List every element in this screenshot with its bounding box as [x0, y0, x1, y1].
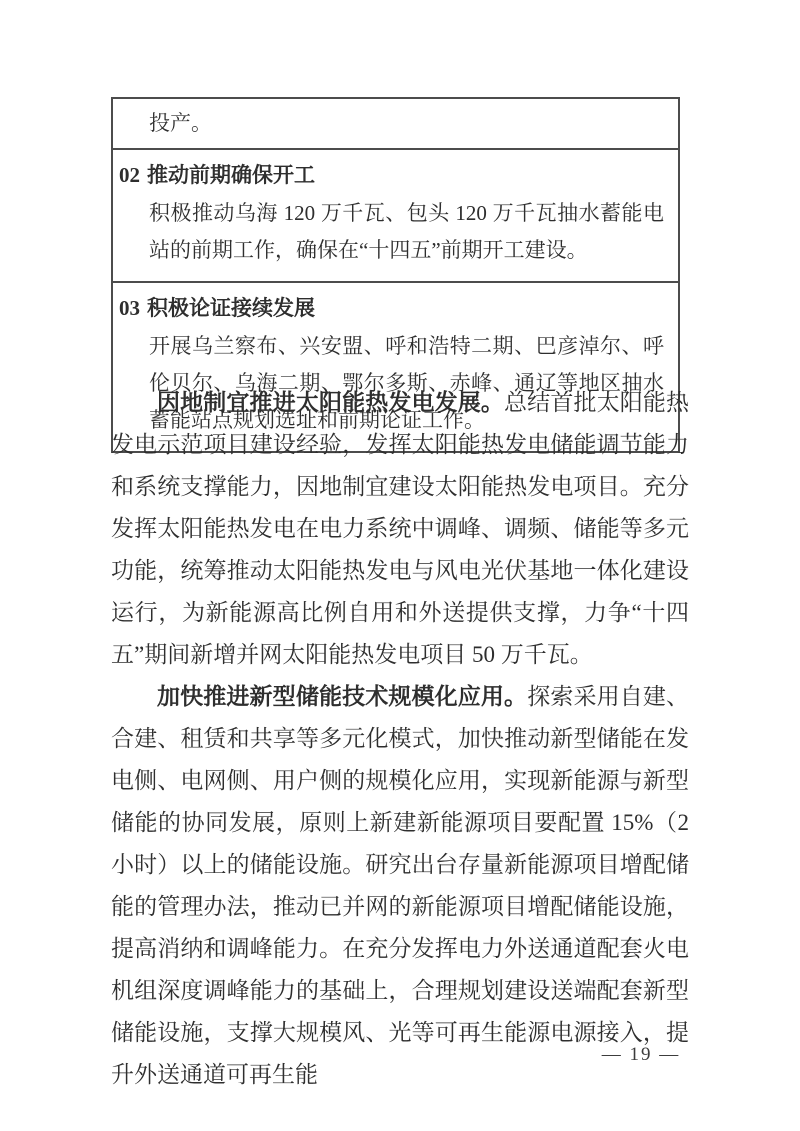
main-body: 因地制宜推进太阳能热发电发展。总结首批太阳能热发电示范项目建设经验，发挥太阳能热… [111, 382, 689, 1096]
continuation-text: 投产。 [113, 99, 678, 148]
page-number: — 19 — [556, 1044, 726, 1066]
section-number: 02 [117, 160, 147, 190]
section-title: 积极论证接续发展 [147, 293, 670, 323]
section-heading: 03 积极论证接续发展 [113, 289, 678, 325]
paragraph-lead: 因地制宜推进太阳能热发电发展。 [157, 390, 504, 415]
section-heading: 02 推动前期确保开工 [113, 156, 678, 192]
paragraph-body: 总结首批太阳能热发电示范项目建设经验，发挥太阳能热发电储能调节能力和系统支撑能力… [111, 390, 689, 667]
action-section-02: 02 推动前期确保开工 积极推动乌海 120 万千瓦、包头 120 万千瓦抽水蓄… [113, 148, 678, 281]
paragraph: 因地制宜推进太阳能热发电发展。总结首批太阳能热发电示范项目建设经验，发挥太阳能热… [111, 382, 689, 676]
section-number: 03 [117, 293, 147, 323]
document-page: 投产。 02 推动前期确保开工 积极推动乌海 120 万千瓦、包头 120 万千… [0, 0, 800, 1131]
section-title: 推动前期确保开工 [147, 160, 670, 190]
paragraph-body: 探索采用自建、合建、租赁和共享等多元化模式，加快推动新型储能在发电侧、电网侧、用… [111, 684, 689, 1087]
section-body: 积极推动乌海 120 万千瓦、包头 120 万千瓦抽水蓄能电站的前期工作，确保在… [113, 192, 678, 271]
paragraph: 加快推进新型储能技术规模化应用。探索采用自建、合建、租赁和共享等多元化模式，加快… [111, 676, 689, 1096]
paragraph-lead: 加快推进新型储能技术规模化应用。 [157, 684, 527, 709]
